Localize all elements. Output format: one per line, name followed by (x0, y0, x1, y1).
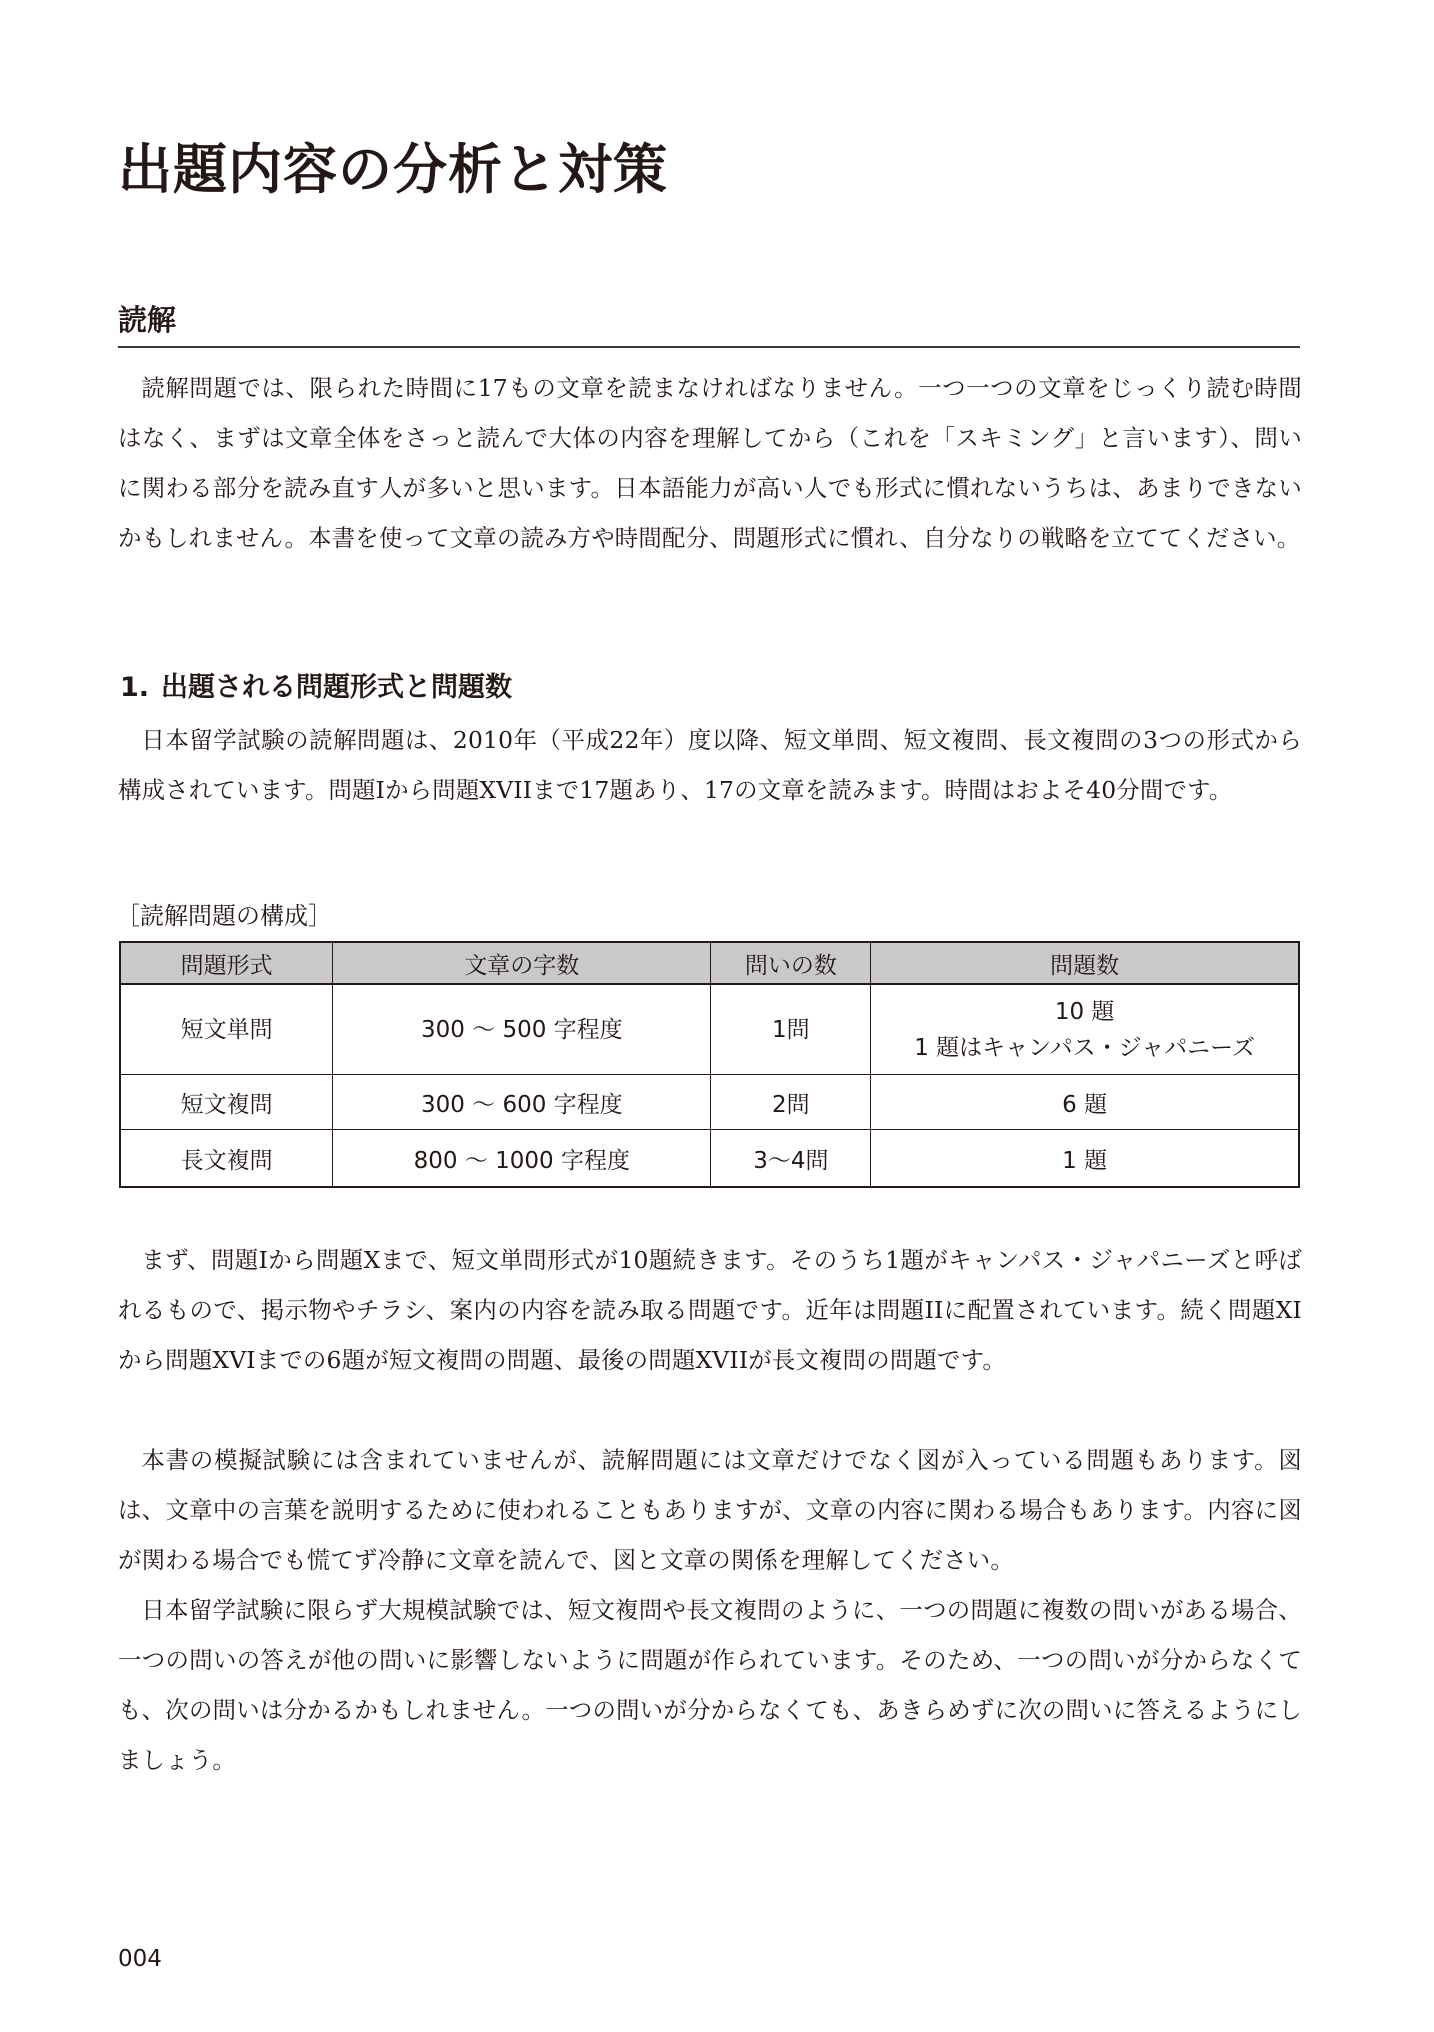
cell-questions: 1問 (711, 984, 871, 1075)
column-header-format: 問題形式 (120, 942, 333, 984)
format-paragraph: 日本留学試験の読解問題は、2010年（平成22年）度以降、短文単問、短文複問、長… (118, 715, 1302, 815)
cell-count: 6 題 (871, 1075, 1299, 1130)
table-caption: ［読解問題の構成］ (116, 898, 332, 934)
cell-format: 短文単問 (120, 984, 333, 1075)
cell-questions: 3～4問 (711, 1130, 871, 1188)
table-row: 短文単問 300 ～ 500 字程度 1問 10 題 1 題はキャンパス・ジャパ… (120, 984, 1299, 1075)
subsection-number: 1. (120, 672, 149, 703)
cell-format: 短文複問 (120, 1075, 333, 1130)
paragraph-figures: 本書の模擬試験には含まれていませんが、読解問題には文章だけでなく図が入っている問… (118, 1435, 1302, 1585)
cell-count: 10 題 1 題はキャンパス・ジャパニーズ (871, 984, 1299, 1075)
paragraph-multiple-questions: 日本留学試験に限らず大規模試験では、短文複問や長文複問のように、一つの問題に複数… (118, 1585, 1302, 1785)
table-row: 長文複問 800 ～ 1000 字程度 3～4問 1 題 (120, 1130, 1299, 1188)
page-number: 004 (118, 1946, 162, 1972)
table-header-row: 問題形式 文章の字数 問いの数 問題数 (120, 942, 1299, 984)
reading-structure-table: 問題形式 文章の字数 問いの数 問題数 短文単問 300 ～ 500 字程度 1… (119, 941, 1300, 1188)
subsection-title: 出題される問題形式と問題数 (161, 672, 512, 703)
subsection-heading: 1.出題される問題形式と問題数 (120, 666, 512, 710)
paragraph-problem-order: まず、問題Iから問題Xまで、短文単問形式が10題続きます。そのうち1題がキャンパ… (118, 1235, 1302, 1385)
column-header-length: 文章の字数 (333, 942, 711, 984)
intro-paragraph: 読解問題では、限られた時間に17もの文章を読まなければなりません。一つ一つの文章… (118, 363, 1302, 563)
cell-count: 1 題 (871, 1130, 1299, 1188)
cell-length: 800 ～ 1000 字程度 (333, 1130, 711, 1188)
cell-questions: 2問 (711, 1075, 871, 1130)
column-header-count: 問題数 (871, 942, 1299, 984)
page-title: 出題内容の分析と対策 (118, 138, 668, 202)
cell-count-line2: 1 題はキャンパス・ジャパニーズ (877, 1030, 1292, 1066)
cell-count-line1: 10 題 (877, 994, 1292, 1030)
cell-length: 300 ～ 500 字程度 (333, 984, 711, 1075)
column-header-questions: 問いの数 (711, 942, 871, 984)
section-heading-reading: 読解 (118, 300, 1300, 348)
table-row: 短文複問 300 ～ 600 字程度 2問 6 題 (120, 1075, 1299, 1130)
cell-format: 長文複問 (120, 1130, 333, 1188)
cell-length: 300 ～ 600 字程度 (333, 1075, 711, 1130)
